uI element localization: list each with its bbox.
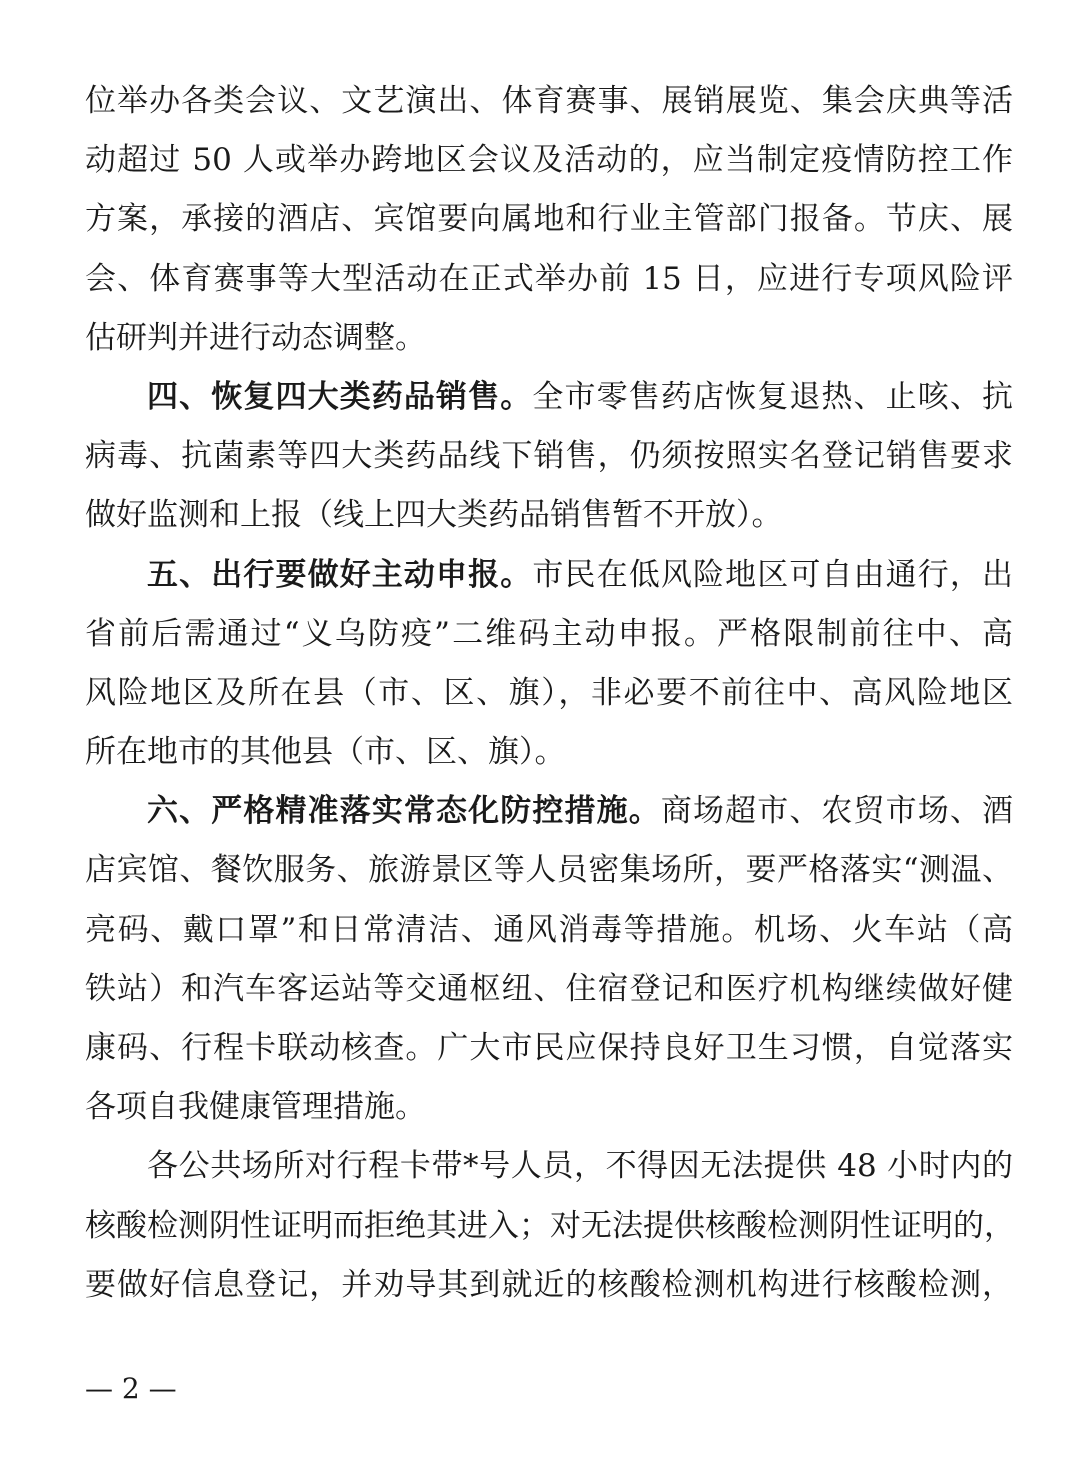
- text-line: 店宾馆、餐饮服务、旅游景区等人员密集场所，要严格落实“测温、: [85, 841, 1013, 900]
- text-run: 全市零售药店恢复退热、止咳、抗: [532, 379, 1013, 415]
- text-line: 动超过 50 人或举办跨地区会议及活动的，应当制定疫情防控工作: [85, 131, 1013, 190]
- text-line: 位举办各类会议、文艺演出、体育赛事、展销展览、集会庆典等活: [85, 72, 1013, 131]
- text-line: 所在地市的其他县（市、区、旗）。: [85, 723, 1013, 782]
- text-line: 病毒、抗菌素等四大类药品线下销售，仍须按照实名登记销售要求: [85, 427, 1013, 486]
- text-line: 康码、行程卡联动核查。广大市民应保持良好卫生习惯，自觉落实: [85, 1019, 1013, 1078]
- page-number: — 2 —: [85, 1372, 177, 1405]
- text-run: 市民在低风险地区可自由通行，出: [532, 557, 1013, 593]
- section-4-first-line: 四、恢复四大类药品销售。全市零售药店恢复退热、止咳、抗: [85, 368, 1013, 427]
- text-line: 省前后需通过“义乌防疫”二维码主动申报。严格限制前往中、高: [85, 605, 1013, 664]
- text-run: 商场超市、农贸市场、酒: [661, 793, 1013, 829]
- text-line: 各公共场所对行程卡带*号人员，不得因无法提供 48 小时内的: [85, 1137, 1013, 1196]
- section-heading: 四、恢复四大类药品销售。: [147, 379, 532, 415]
- text-line: 铁站）和汽车客运站等交通枢纽、住宿登记和医疗机构继续做好健: [85, 960, 1013, 1019]
- text-line: 做好监测和上报（线上四大类药品销售暂不开放）。: [85, 486, 1013, 545]
- text-line: 方案，承接的酒店、宾馆要向属地和行业主管部门报备。节庆、展: [85, 190, 1013, 249]
- text-line: 亮码、戴口罩”和日常清洁、通风消毒等措施。机场、火车站（高: [85, 901, 1013, 960]
- section-heading: 六、严格精准落实常态化防控措施。: [147, 793, 661, 829]
- section-6-first-line: 六、严格精准落实常态化防控措施。商场超市、农贸市场、酒: [85, 782, 1013, 841]
- text-line: 各项自我健康管理措施。: [85, 1078, 1013, 1137]
- text-line: 估研判并进行动态调整。: [85, 309, 1013, 368]
- text-line: 风险地区及所在县（市、区、旗），非必要不前往中、高风险地区: [85, 664, 1013, 723]
- text-line: 要做好信息登记，并劝导其到就近的核酸检测机构进行核酸检测，: [85, 1256, 1013, 1315]
- text-line: 会、体育赛事等大型活动在正式举办前 15 日，应进行专项风险评: [85, 250, 1013, 309]
- document-page: 位举办各类会议、文艺演出、体育赛事、展销展览、集会庆典等活 动超过 50 人或举…: [85, 72, 1013, 1315]
- section-5-first-line: 五、出行要做好主动申报。市民在低风险地区可自由通行，出: [85, 546, 1013, 605]
- section-heading: 五、出行要做好主动申报。: [147, 557, 532, 593]
- text-line: 核酸检测阴性证明而拒绝其进入；对无法提供核酸检测阴性证明的，: [85, 1197, 1013, 1256]
